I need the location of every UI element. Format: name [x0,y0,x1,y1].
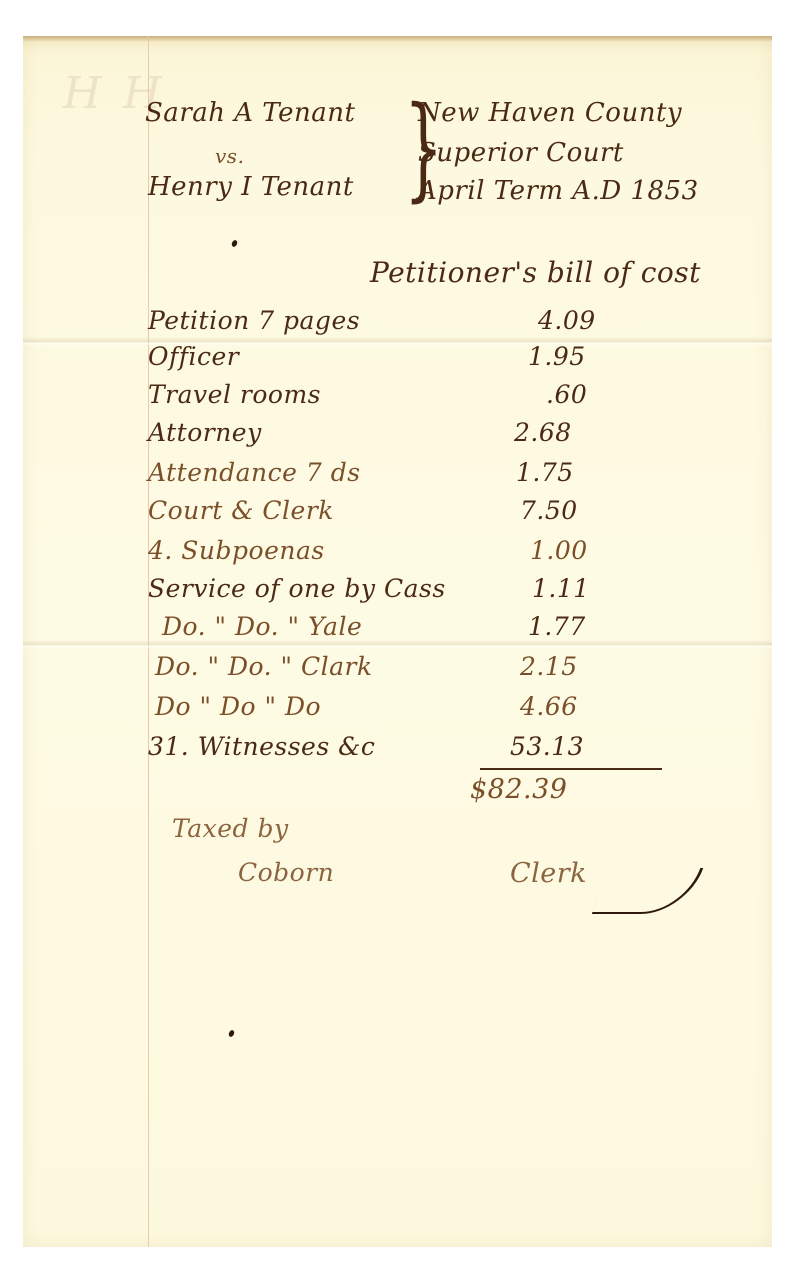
paper-top-edge [23,36,772,42]
item-description: Do " Do " Do [155,692,321,721]
item-description: Officer [148,342,239,371]
item-description: Attendance 7 ds [148,458,361,487]
item-description: Do. " Do. " Clark [155,652,373,681]
item-amount: 1.77 [528,612,586,641]
item-description: Petition 7 pages [148,306,360,335]
plaintiff-name: Sarah A Tenant [145,98,355,128]
fold-crease [23,337,772,347]
item-description: Travel rooms [148,380,321,409]
court-name: Superior Court [418,138,624,168]
item-amount: 2.15 [520,652,578,681]
bill-title: Petitioner's bill of cost [370,256,701,289]
versus-label: vs. [215,144,244,168]
item-description: Attorney [148,418,262,447]
item-amount: 1.75 [516,458,574,487]
item-description: 31. Witnesses &c [148,732,375,761]
defendant-name: Henry I Tenant [148,172,354,202]
item-description: 4. Subpoenas [148,536,325,565]
item-description: Court & Clerk [148,496,334,525]
signer-name: Coborn [238,858,334,887]
bleed-through-mark: H [63,68,101,119]
item-amount: 1.95 [528,342,586,371]
item-amount: .60 [546,380,587,409]
county-name: New Haven County [418,98,682,128]
item-amount: 2.68 [514,418,572,447]
item-amount: 53.13 [510,732,584,761]
item-description: Service of one by Cass [148,574,446,603]
court-term: April Term A.D 1853 [418,176,699,206]
sum-rule [480,768,662,770]
total-amount: $82.39 [470,774,567,805]
item-amount: 1.11 [532,574,590,603]
item-amount: 4.66 [520,692,578,721]
taxed-by-label: Taxed by [172,814,289,843]
document-page: H H [23,36,772,1247]
item-amount: 7.50 [520,496,578,525]
item-description: Do. " Do. " Yale [162,612,362,641]
clerk-title: Clerk [510,858,587,889]
fold-crease [23,640,772,650]
item-amount: 4.09 [538,306,596,335]
item-amount: 1.00 [530,536,588,565]
